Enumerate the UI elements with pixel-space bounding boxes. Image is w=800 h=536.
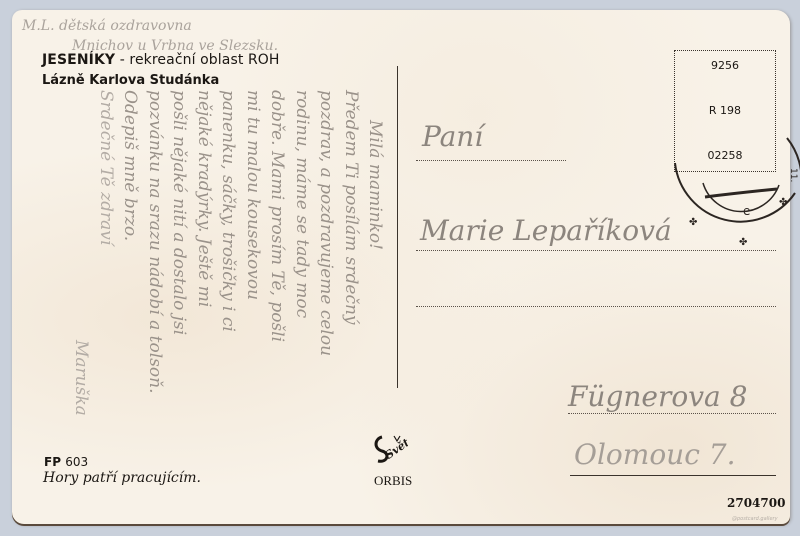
message-line: dobře. Mami prosím Tě, pošli bbox=[267, 90, 287, 342]
address-recipient-name: Marie Lepaříková bbox=[420, 214, 672, 247]
header-location: Lázně Karlova Studánka bbox=[42, 73, 219, 88]
stamp-top-number: 9256 bbox=[675, 59, 775, 72]
postmark-letter: e bbox=[743, 204, 750, 218]
address-line-5 bbox=[570, 475, 776, 476]
watermark: @postcard.gallery bbox=[732, 516, 778, 522]
svg-text:✤: ✤ bbox=[779, 197, 787, 208]
address-line-2 bbox=[416, 250, 776, 251]
address-salutation: Paní bbox=[422, 120, 483, 153]
handwritten-top-note-1: M.L. dětská ozdravovna bbox=[22, 18, 192, 34]
message-line: rodinu, máme se tady moc bbox=[292, 90, 312, 318]
message-line: mi tu malou kousekovou bbox=[243, 90, 263, 300]
svg-text:Svět: Svět bbox=[383, 436, 408, 462]
card-code-number: 603 bbox=[65, 455, 88, 469]
address-street: Fügnerova 8 bbox=[568, 380, 747, 413]
header-subtitle: rekreační oblast ROH bbox=[129, 52, 279, 68]
message-line: panenku, sáčky, trošičky i ci bbox=[218, 90, 238, 332]
address-line-1 bbox=[416, 160, 566, 161]
postcard-back: M.L. dětská ozdravovna Mnichov u Vrbna v… bbox=[12, 10, 790, 524]
address-line-4 bbox=[568, 413, 776, 414]
svg-text:✤: ✤ bbox=[739, 237, 747, 248]
header-title: JESENÍKY - rekreační oblast ROH bbox=[42, 52, 280, 68]
handwritten-message: Milá maminko!Předem Ti posílám srdečnýpo… bbox=[40, 90, 385, 435]
message-line: pošli nějaké nití a dostalo jsi bbox=[169, 90, 189, 335]
message-line: nějaké kradýrky. Ještě mi bbox=[194, 90, 214, 307]
address-city: Olomouc 7. bbox=[574, 438, 736, 471]
message-line: Srdečné Tě zdraví bbox=[96, 90, 116, 245]
card-slogan: Hory patří pracujícím. bbox=[43, 470, 201, 486]
orbis-svet-logo-icon: Svět bbox=[370, 433, 408, 467]
message-line: Maruška bbox=[71, 340, 91, 416]
card-code-prefix: FP bbox=[44, 455, 61, 469]
stamp-middle-code: R 198 bbox=[675, 104, 775, 117]
serial-number: 2704700 bbox=[727, 496, 785, 510]
header-separator: - bbox=[115, 52, 129, 68]
card-code: FP 603 bbox=[44, 455, 88, 469]
postmark-side-mark: 11. bbox=[788, 168, 798, 182]
address-line-3 bbox=[416, 306, 776, 307]
publisher-name: ORBIS bbox=[374, 473, 412, 489]
message-line: Odepiš mně brzo. bbox=[120, 90, 140, 241]
svg-text:✤: ✤ bbox=[689, 217, 697, 228]
message-line: Milá maminko! bbox=[365, 120, 385, 250]
center-divider bbox=[397, 66, 398, 388]
header-region: JESENÍKY bbox=[42, 52, 115, 68]
message-line: pozvánku na srazu nádobí a tolsoň. bbox=[145, 90, 165, 393]
message-line: Předem Ti posílám srdečný bbox=[341, 90, 361, 325]
message-line: pozdrav, a pozdravujeme celou bbox=[316, 90, 336, 356]
postmark-cancellation-icon: ✤ ✤ ✤ e 11. bbox=[667, 133, 800, 256]
